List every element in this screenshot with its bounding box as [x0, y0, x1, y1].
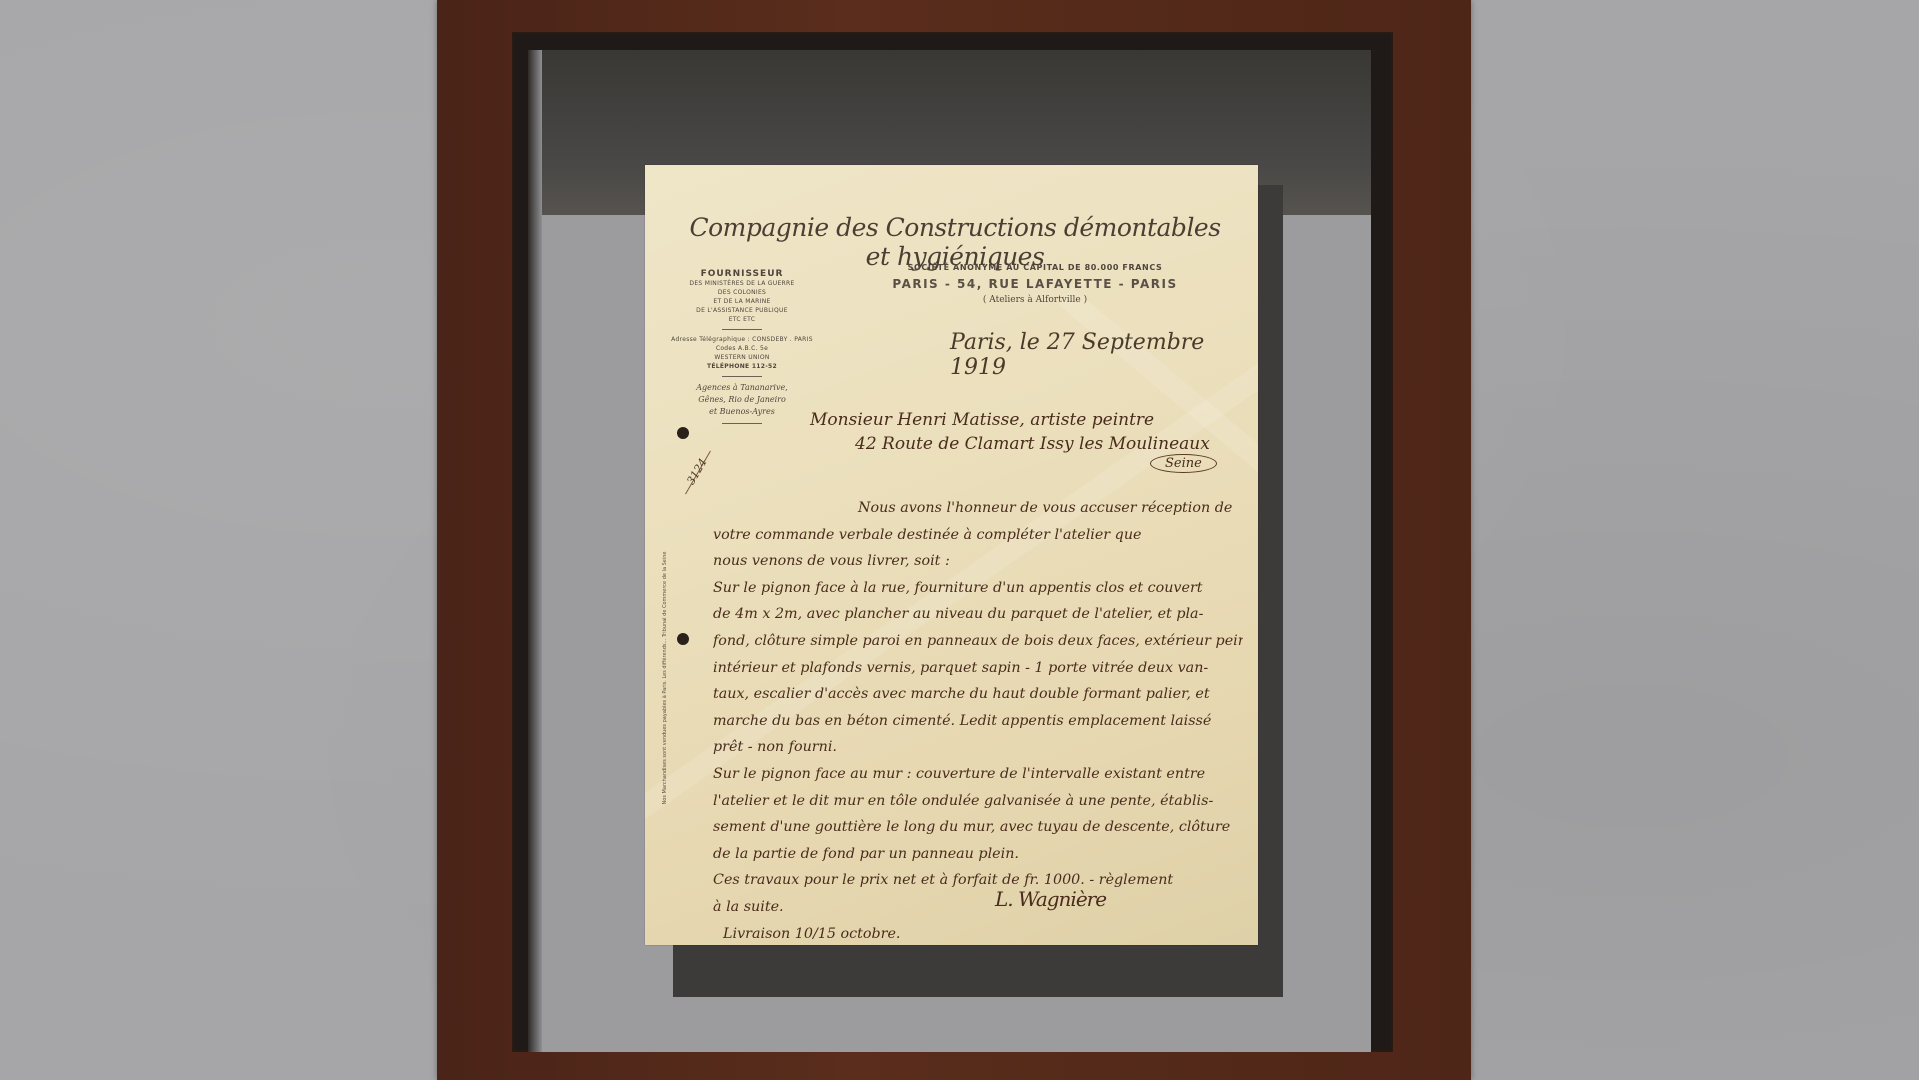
- divider: [722, 423, 762, 424]
- ministry-line: DE L'ASSISTANCE PUBLIQUE: [657, 306, 827, 315]
- body-line: l'atelier et le dit mur en tôle ondulée …: [713, 788, 1243, 815]
- ministry-line: ETC ETC: [657, 315, 827, 324]
- body-line: votre commande verbale destinée à complé…: [713, 522, 1243, 549]
- punch-hole: [677, 633, 689, 645]
- body-line: prêt - non fourni.: [713, 734, 1243, 761]
- body-line: de 4m x 2m, avec plancher au niveau du p…: [713, 601, 1243, 628]
- western-union: WESTERN UNION: [657, 353, 827, 362]
- body-line: sement d'une gouttière le long du mur, a…: [713, 814, 1243, 841]
- fournisseur-label: FOURNISSEUR: [657, 269, 827, 279]
- signature: L. Wagnière: [995, 887, 1106, 911]
- addressee-block: Monsieur Henri Matisse, artiste peintre …: [810, 410, 1210, 454]
- agency-line: Gênes, Rio de Janeiro: [657, 394, 827, 406]
- body-line: fond, clôture simple paroi en panneaux d…: [713, 628, 1243, 655]
- body-line: nous venons de vous livrer, soit :: [713, 548, 1243, 575]
- letter-date: Paris, le 27 Septembre 1919: [950, 330, 1258, 380]
- body-line: Livraison 10/15 octobre.: [713, 921, 1243, 946]
- addressee-street: 42 Route de Clamart Issy les Moulineaux: [855, 434, 1210, 454]
- addressee-region: Seine: [1150, 454, 1217, 473]
- body-line: Ces travaux pour le prix net et à forfai…: [713, 867, 1243, 894]
- body-line: intérieur et plafonds vernis, parquet sa…: [713, 655, 1243, 682]
- reference-number: 3124: [684, 456, 709, 487]
- ministry-line: ET DE LA MARINE: [657, 297, 827, 306]
- telegraph-address: Adresse Télégraphique : CONSDEBY . PARIS: [657, 335, 827, 344]
- body-line: taux, escalier d'accès avec marche du ha…: [713, 681, 1243, 708]
- punch-hole: [677, 427, 689, 439]
- body-line: de la partie de fond par un panneau plei…: [713, 841, 1243, 868]
- body-line: Nous avons l'honneur de vous accuser réc…: [713, 495, 1243, 522]
- agency-line: et Buenos-Ayres: [657, 406, 827, 418]
- ministry-line: DES COLONIES: [657, 288, 827, 297]
- addressee-name: Monsieur Henri Matisse, artiste peintre: [810, 410, 1210, 430]
- agency-line: Agences à Tananarive,: [657, 382, 827, 394]
- margin-legal-note: Nos Marchandises sont vendues payables à…: [662, 483, 668, 873]
- divider: [722, 376, 762, 377]
- letter-body: Nous avons l'honneur de vous accuser réc…: [713, 495, 1243, 945]
- divider: [722, 329, 762, 330]
- body-line: marche du bas en béton cimenté. Ledit ap…: [713, 708, 1243, 735]
- letter-paper: Compagnie des Constructions démontables …: [645, 165, 1258, 945]
- ministry-line: DES MINISTÈRES DE LA GUERRE: [657, 279, 827, 288]
- body-line: Sur le pignon face au mur : couverture d…: [713, 761, 1243, 788]
- codes: Codes A.B.C. 5e: [657, 344, 827, 353]
- body-line: Sur le pignon face à la rue, fourniture …: [713, 575, 1243, 602]
- mat-left-shadow: [528, 50, 542, 1052]
- societe-capital: SOCIÉTÉ ANONYME AU CAPITAL DE 80.000 FRA…: [845, 263, 1225, 272]
- letterhead-right-block: SOCIÉTÉ ANONYME AU CAPITAL DE 80.000 FRA…: [845, 263, 1225, 305]
- ateliers-location: ( Ateliers à Alfortville ): [845, 295, 1225, 305]
- company-address: PARIS - 54, RUE LAFAYETTE - PARIS: [845, 277, 1225, 291]
- telephone: TÉLÉPHONE 112-52: [657, 362, 827, 371]
- body-line: à la suite.: [713, 894, 1243, 921]
- letterhead-left-block: FOURNISSEUR DES MINISTÈRES DE LA GUERRE …: [657, 269, 827, 429]
